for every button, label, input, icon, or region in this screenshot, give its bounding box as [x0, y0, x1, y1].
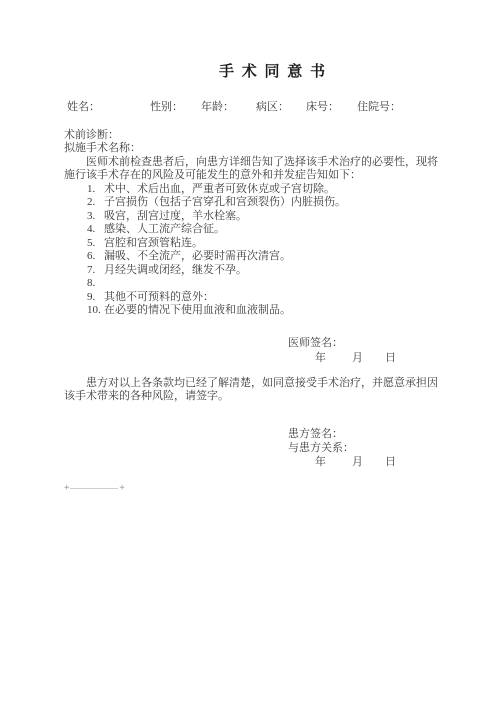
proposed-surgery-label: 拟施手术名称： [64, 142, 442, 156]
risk-item-text: 宫腔和宫颈管粘连。 [104, 237, 442, 251]
risk-item-2: 2. 子宫损伤（包括子宫穿孔和宫颈裂伤）内脏损伤。 [64, 196, 442, 210]
risk-item-7: 7. 月经失调或闭经，继发不孕。 [64, 264, 442, 278]
page-title: 手 术 同 意 书 [64, 62, 442, 82]
risk-item-text: 其他不可预料的意外： [104, 291, 442, 305]
risk-item-number: 1. [87, 183, 104, 197]
month-label: 月 [352, 352, 363, 364]
name-field-label: 姓名： [67, 100, 100, 114]
risk-item-3: 3. 吸宫，刮宫过度，羊水栓塞。 [64, 210, 442, 224]
faint-rule-line [70, 488, 118, 489]
risk-item-6: 6. 漏吸、不全流产，必要时需再次清宫。 [64, 250, 442, 264]
risk-item-number: 4. [87, 223, 104, 237]
risk-item-number: 10. [87, 304, 104, 318]
preop-diagnosis-label: 术前诊断： [64, 129, 442, 143]
risk-item-1: 1. 术中、术后出血，严重者可致休克或子宫切除。 [64, 183, 442, 197]
patient-consent-paragraph: 患方对以上各条款均已经了解清楚，如同意接受手术治疗，并愿意承担因该手术带来的各种… [64, 377, 442, 404]
risk-notice-paragraph: 医师术前检查患者后，向患方详细告知了选择该手术治疗的必要性，现将施行该手术存在的… [64, 156, 442, 183]
risk-item-text: 子宫损伤（包括子宫穿孔和宫颈裂伤）内脏损伤。 [104, 196, 442, 210]
plus-mark-icon: + [119, 484, 124, 493]
doctor-signature-label: 医师签名： [288, 337, 442, 351]
plus-mark-icon: + [64, 484, 69, 493]
form-content: 手 术 同 意 书 姓名： 性别： 年龄： 病区： 床号： 住院号： 术前诊断：… [0, 62, 500, 470]
patient-signature-date: 年月日 [315, 456, 442, 470]
risk-item-text [104, 277, 442, 291]
risk-list: 1. 术中、术后出血，严重者可致休克或子宫切除。 2. 子宫损伤（包括子宫穿孔和… [64, 183, 442, 318]
risk-item-9: 9. 其他不可预料的意外： [64, 291, 442, 305]
bed-number-field-label: 床号： [306, 100, 339, 114]
risk-item-number: 8. [87, 277, 104, 291]
risk-item-text: 感染、人工流产综合征。 [104, 223, 442, 237]
day-label: 日 [385, 456, 396, 468]
risk-item-number: 5. [87, 237, 104, 251]
risk-item-text: 术中、术后出血，严重者可致休克或子宫切除。 [104, 183, 442, 197]
risk-item-number: 9. [87, 291, 104, 305]
year-label: 年 [315, 352, 326, 364]
risk-item-text: 月经失调或闭经，继发不孕。 [104, 264, 442, 278]
patient-signature-label: 患方签名： [288, 428, 442, 442]
ward-field-label: 病区： [256, 100, 289, 114]
risk-item-8: 8. [64, 277, 442, 291]
risk-item-number: 2. [87, 196, 104, 210]
risk-item-10: 10. 在必要的情况下使用血液和血液制品。 [64, 304, 442, 318]
admission-number-field-label: 住院号： [357, 100, 401, 114]
patient-info-row: 姓名： 性别： 年龄： 病区： 床号： 住院号： [64, 100, 442, 114]
risk-item-4: 4. 感染、人工流产综合征。 [64, 223, 442, 237]
consent-form-page: 手 术 同 意 书 姓名： 性别： 年龄： 病区： 床号： 住院号： 术前诊断：… [0, 0, 500, 708]
day-label: 日 [385, 352, 396, 364]
risk-item-number: 7. [87, 264, 104, 278]
risk-item-number: 3. [87, 210, 104, 224]
age-field-label: 年龄： [201, 100, 234, 114]
month-label: 月 [352, 456, 363, 468]
risk-item-5: 5. 宫腔和宫颈管粘连。 [64, 237, 442, 251]
registration-mark: + + [64, 484, 125, 493]
gender-field-label: 性别： [150, 100, 183, 114]
risk-item-number: 6. [87, 250, 104, 264]
risk-item-text: 吸宫，刮宫过度，羊水栓塞。 [104, 210, 442, 224]
relationship-label: 与患方关系： [288, 442, 442, 456]
risk-item-text: 漏吸、不全流产，必要时需再次清宫。 [104, 250, 442, 264]
year-label: 年 [315, 456, 326, 468]
doctor-signature-date: 年月日 [315, 352, 442, 366]
risk-item-text: 在必要的情况下使用血液和血液制品。 [104, 304, 442, 318]
